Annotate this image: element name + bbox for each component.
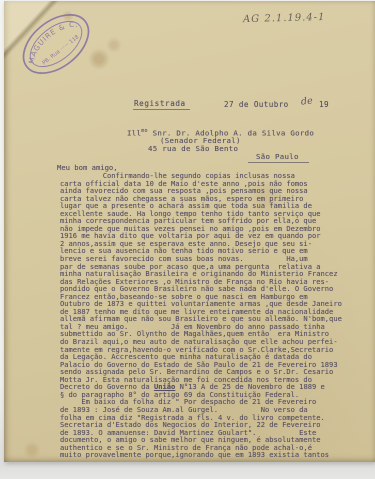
scanned-letter-scene: MAGUIRE & C. PB. Rua ······ 118 AG 2.1.1… — [0, 0, 375, 479]
addressee-city: São Paulo — [248, 152, 309, 163]
addressee-honorific-sup: mo — [141, 128, 148, 134]
archival-annotation: AG 2.1.19.4-1 — [243, 12, 326, 25]
date-handwritten-de: de — [300, 95, 313, 107]
oval-stamp-icon: MAGUIRE & C. PB. Rua ······ 118 — [10, 6, 102, 82]
date-year: 19 — [319, 100, 329, 109]
registered-label: Registrada — [133, 99, 190, 110]
addressee-street-line: 45 rua de São Bento — [148, 144, 238, 153]
addressee-honorific: Ill — [127, 128, 141, 137]
date-day-month: 27 de Outubro — [224, 100, 289, 109]
letter-body: Confirmando-lhe segundo copias inclusas … — [60, 172, 373, 459]
letter-line: muito provavelmente porque,ignorando que… — [60, 451, 373, 459]
